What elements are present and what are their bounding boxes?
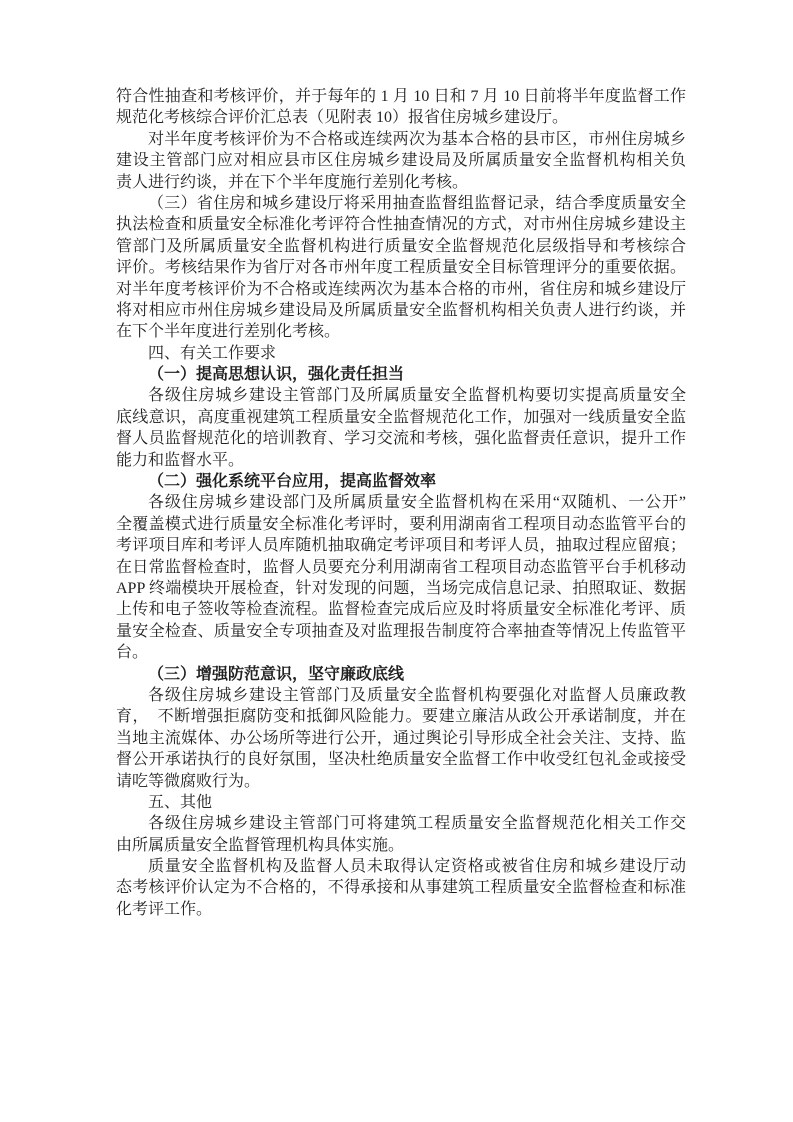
- document-line: 在下个半年度进行差别化考核。: [116, 321, 686, 342]
- document-line: （三）省住房和城乡建设厅将采用抽查监督组监督记录，结合季度质量安全: [116, 193, 686, 214]
- document-line: 在日常监督检查时，监督人员要充分利用湖南省工程项目动态监管平台手机移动: [116, 557, 686, 578]
- document-line: 请吃等微腐败行为。: [116, 771, 686, 792]
- document-line: 育， 不断增强拒腐防变和抵御风险能力。要建立廉洁从政公开承诺制度，并在: [116, 706, 686, 727]
- document-line: 各级住房城乡建设主管部门及质量安全监督机构要强化对监督人员廉政教: [116, 685, 686, 706]
- document-line: 对半年度考核评价为不合格或连续两次为基本合格的县市区，市州住房城乡: [116, 129, 686, 150]
- document-line: APP 终端模块开展检查，针对发现的问题，当场完成信息记录、拍照取证、数据: [116, 578, 686, 599]
- document-line: 评价。考核结果作为省厅对各市州年度工程质量安全目标管理评分的重要依据。: [116, 257, 686, 278]
- document-line: 督人员监督规范化的培训教育、学习交流和考核，强化监督责任意识，提升工作: [116, 428, 686, 449]
- document-line: 建设主管部门应对相应县市区住房城乡建设局及所属质量安全监督机构相关负: [116, 150, 686, 171]
- document-line: 各级住房城乡建设主管部门可将建筑工程质量安全监督规范化相关工作交: [116, 813, 686, 834]
- document-line: 由所属质量安全监督管理机构具体实施。: [116, 835, 686, 856]
- document-line: 对半年度考核评价为不合格或连续两次为基本合格的市州，省住房和城乡建设厅: [116, 279, 686, 300]
- document-subsection-heading: （三）增强防范意识，坚守廉政底线: [116, 664, 686, 685]
- document-line: 符合性抽查和考核评价，并于每年的 1 月 10 日和 7 月 10 日前将半年度…: [116, 86, 686, 107]
- document-line: 责人进行约谈，并在下个半年度施行差别化考核。: [116, 172, 686, 193]
- document-line: 当地主流媒体、办公场所等进行公开，通过舆论引导形成全社会关注、支持、监: [116, 728, 686, 749]
- document-section-heading: 五、其他: [116, 792, 686, 813]
- document-line: 质量安全监督机构及监督人员未取得认定资格或被省住房和城乡建设厅动: [116, 856, 686, 877]
- document-page: 符合性抽查和考核评价，并于每年的 1 月 10 日和 7 月 10 日前将半年度…: [0, 0, 793, 1122]
- document-line: 能力和监督水平。: [116, 450, 686, 471]
- document-line: 督公开承诺执行的良好氛围，坚决杜绝质量安全监督工作中收受红包礼金或接受: [116, 749, 686, 770]
- document-line: 将对相应市州住房城乡建设局及所属质量安全监督机构相关负责人进行约谈，并: [116, 300, 686, 321]
- document-line: 化考评工作。: [116, 899, 686, 920]
- document-line: 态考核评价认定为不合格的，不得承接和从事建筑工程质量安全监督检查和标准: [116, 877, 686, 898]
- document-subsection-heading: （二）强化系统平台应用，提高监督效率: [116, 471, 686, 492]
- document-line: 管部门及所属质量安全监督机构进行质量安全监督规范化层级指导和考核综合: [116, 236, 686, 257]
- document-body: 符合性抽查和考核评价，并于每年的 1 月 10 日和 7 月 10 日前将半年度…: [116, 86, 686, 920]
- document-subsection-heading: （一）提高思想认识，强化责任担当: [116, 364, 686, 385]
- document-line: 上传和电子签收等检查流程。监督检查完成后应及时将质量安全标准化考评、质: [116, 599, 686, 620]
- document-section-heading: 四、有关工作要求: [116, 343, 686, 364]
- document-line: 量安全检查、质量安全专项抽查及对监理报告制度符合率抽查等情况上传监管平: [116, 621, 686, 642]
- document-line: 台。: [116, 642, 686, 663]
- document-line: 执法检查和质量安全标准化考评符合性抽查情况的方式，对市州住房城乡建设主: [116, 214, 686, 235]
- document-line: 规范化考核综合评价汇总表（见附表 10）报省住房城乡建设厅。: [116, 107, 686, 128]
- document-line: 各级住房城乡建设部门及所属质量安全监督机构在采用“双随机、一公开”: [116, 492, 686, 513]
- document-line: 全覆盖模式进行质量安全标准化考评时，要利用湖南省工程项目动态监管平台的: [116, 514, 686, 535]
- document-line: 考评项目库和考评人员库随机抽取确定考评项目和考评人员，抽取过程应留痕；: [116, 535, 686, 556]
- document-line: 各级住房城乡建设主管部门及所属质量安全监督机构要切实提高质量安全: [116, 385, 686, 406]
- document-line: 底线意识，高度重视建筑工程质量安全监督规范化工作，加强对一线质量安全监: [116, 407, 686, 428]
